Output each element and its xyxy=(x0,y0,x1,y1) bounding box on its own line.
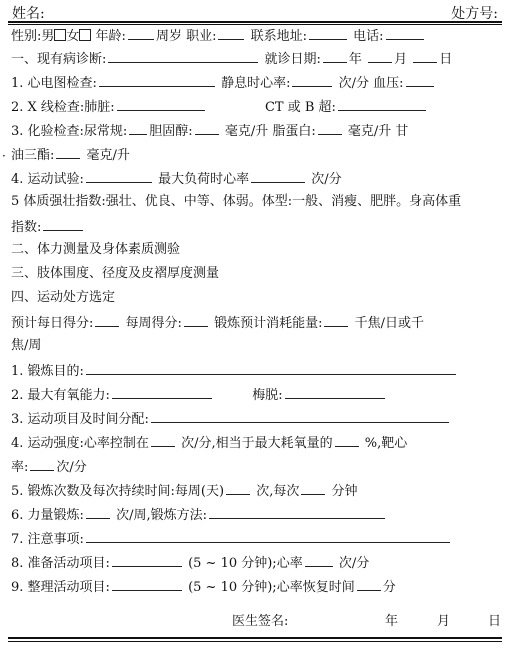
visit-date-label: 就诊日期: xyxy=(265,52,321,67)
day-label: 日 xyxy=(439,52,452,67)
daily-score-label: 预计每日得分: xyxy=(11,316,93,331)
bmi-field[interactable] xyxy=(43,217,83,231)
target-hr-label: 率: xyxy=(11,460,28,475)
vo2-label: 次/分,相当于最大耗氧量的 xyxy=(181,436,333,451)
aerobic-field[interactable] xyxy=(112,385,212,399)
target-label: %,靶心 xyxy=(365,436,408,451)
energy-field[interactable] xyxy=(324,313,348,327)
physique-row: 5 体质强壮指数:强壮、优良、中等、体弱。体型:一般、消瘦、肥胖。身高体重 xyxy=(11,193,461,211)
resting-hr-field[interactable] xyxy=(292,73,332,87)
max-hr-field[interactable] xyxy=(251,169,305,183)
method-field[interactable] xyxy=(209,505,385,519)
cholesterol-field[interactable] xyxy=(195,121,219,135)
recovery-field[interactable] xyxy=(357,577,381,591)
bmi-label: 指数: xyxy=(11,220,41,235)
duration-unit: 分钟 xyxy=(331,484,357,499)
section-4-title: 四、运动处方选定 xyxy=(11,290,115,305)
exercise-test-row: 4. 运动试验: 最大负荷时心率 次/分 xyxy=(11,169,342,187)
frequency-label: 5. 锻炼次数及每次持续时间:每周(天) xyxy=(11,484,224,499)
name-label: 姓名: xyxy=(12,3,45,23)
target-hr-unit: 次/分 xyxy=(56,460,86,475)
lab-row: 3. 化验检查:尿常规:胆固醇: 毫克/升 脂蛋白: 毫克/升 甘 xyxy=(11,121,408,139)
exercise-test-label: 4. 运动试验: xyxy=(11,172,84,187)
phone-field[interactable] xyxy=(386,26,424,40)
intensity-row: 4. 运动强度:心率控制在 次/分,相当于最大耗氧量的 %,靶心 xyxy=(11,433,407,451)
diagnosis-row: 一、现有病诊断: 就诊日期:年 月 日 xyxy=(11,49,452,67)
method-label: 次/周,锻炼方法: xyxy=(116,508,207,523)
intensity-label: 4. 运动强度:心率控制在 xyxy=(11,436,149,451)
section-3-title: 三、肢体围度、径度及皮褶厚度测量 xyxy=(11,266,219,281)
male-checkbox[interactable] xyxy=(54,29,66,41)
triglyceride-label: 油三酯: xyxy=(11,148,54,163)
recovery-label: (5 ~ 10 分钟);心率恢复时间 xyxy=(188,580,355,595)
signature-month-label: 月 xyxy=(437,610,450,629)
triglyceride-field[interactable] xyxy=(56,145,80,159)
notes-field[interactable] xyxy=(86,529,450,543)
lipoprotein-label: 毫克/升 脂蛋白: xyxy=(225,124,316,139)
occupation-field[interactable] xyxy=(218,26,244,40)
signature-year-label: 年 xyxy=(385,610,398,629)
cholesterol-label: 胆固醇: xyxy=(149,124,192,139)
triglyceride-row: 油三酯: 毫克/升 xyxy=(11,145,130,163)
warmup-field[interactable] xyxy=(112,553,182,567)
max-hr-label: 最大负荷时心率 xyxy=(158,172,249,187)
aerobic-row: 2. 最大有氧能力: 梅脱: xyxy=(11,385,387,403)
phone-label: 电话: xyxy=(353,29,383,44)
prescription-number-label: 处方号: xyxy=(451,3,498,23)
bmi-row: 指数: xyxy=(11,217,85,235)
address-label: 联系地址: xyxy=(251,29,307,44)
urine-field[interactable] xyxy=(129,121,147,135)
diagnosis-field[interactable] xyxy=(108,49,258,63)
weekly-score-field[interactable] xyxy=(184,313,208,327)
unit-label: 毫克/升 甘 xyxy=(348,124,409,139)
score-row: 预计每日得分: 每周得分: 锻炼预计消耗能量: 千焦/日或千 xyxy=(11,313,424,331)
diagnosis-label: 一、现有病诊断: xyxy=(11,52,106,67)
age-label: 年龄: xyxy=(96,29,126,44)
section-2-title: 二、体力测量及身体素质测验 xyxy=(11,242,180,257)
notes-row: 7. 注意事项: xyxy=(11,529,452,547)
ecg-field[interactable] xyxy=(99,73,215,87)
lipoprotein-field[interactable] xyxy=(318,121,342,135)
strength-row: 6. 力量锻炼: 次/周,锻炼方法: xyxy=(11,505,387,523)
warmup-row: 8. 准备活动项目: (5 ~ 10 分钟);心率 次/分 xyxy=(11,553,369,571)
warmup-hr-label: (5 ~ 10 分钟);心率 xyxy=(188,556,303,571)
xray-label: 2. X 线检查:肺脏: xyxy=(11,100,115,115)
resting-hr-label: 静息时心率: xyxy=(221,76,290,91)
notes-label: 7. 注意事项: xyxy=(11,532,84,547)
triglyceride-unit: 毫克/升 xyxy=(87,148,130,163)
aerobic-label: 2. 最大有氧能力: xyxy=(11,388,110,403)
ct-field[interactable] xyxy=(338,97,426,111)
bp-label: 次/分 血压: xyxy=(339,76,404,91)
female-checkbox[interactable] xyxy=(79,29,91,41)
bp-field[interactable] xyxy=(406,73,434,87)
energy-label: 锻炼预计消耗能量: xyxy=(214,316,322,331)
margin-mark: · xyxy=(2,149,6,163)
daily-score-field[interactable] xyxy=(95,313,119,327)
energy-unit: 千焦/日或千 xyxy=(355,316,424,331)
month-label: 月 xyxy=(394,52,407,67)
occupation-label: 周岁 职业: xyxy=(156,29,217,44)
header-divider xyxy=(8,21,502,25)
month-field[interactable] xyxy=(368,49,392,63)
weekly-score-label: 每周得分: xyxy=(126,316,182,331)
goal-field[interactable] xyxy=(86,361,456,375)
met-label: 梅脱: xyxy=(252,388,282,403)
intensity-hr-field[interactable] xyxy=(151,433,175,447)
cooldown-field[interactable] xyxy=(112,577,182,591)
cooldown-row: 9. 整理活动项目: (5 ~ 10 分钟);心率恢复时间分 xyxy=(11,577,396,595)
personal-info-row: 性别:男女 年龄:周岁 职业: 联系地址: 电话: xyxy=(11,26,426,44)
activity-field[interactable] xyxy=(151,409,449,423)
warmup-hr-unit: 次/分 xyxy=(339,556,369,571)
age-field[interactable] xyxy=(128,26,154,40)
xray-row: 2. X 线检查:肺脏: CT 或 B 超: xyxy=(11,97,428,115)
goal-row: 1. 锻炼目的: xyxy=(11,361,458,379)
footer-divider xyxy=(8,637,502,642)
max-hr-unit: 次/分 xyxy=(311,172,341,187)
form-header: 姓名: 处方号: xyxy=(8,3,502,23)
warmup-label: 8. 准备活动项目: xyxy=(11,556,110,571)
warmup-hr-field[interactable] xyxy=(305,553,333,567)
year-field[interactable] xyxy=(323,49,347,63)
energy-unit-row: 焦/周 xyxy=(11,337,41,355)
lung-field[interactable] xyxy=(117,97,205,111)
exercise-test-field[interactable] xyxy=(86,169,152,183)
doctor-signature-label: 医生签名: xyxy=(232,610,288,629)
ecg-label: 1. 心电图检查: xyxy=(11,76,97,91)
vo2-field[interactable] xyxy=(335,433,359,447)
ct-label: CT 或 B 超: xyxy=(265,100,336,115)
target-hr-field[interactable] xyxy=(30,457,54,471)
duration-label: 次,每次 xyxy=(256,484,299,499)
day-field[interactable] xyxy=(413,49,437,63)
lab-label: 3. 化验检查:尿常规: xyxy=(11,124,127,139)
section-3-heading: 三、肢体围度、径度及皮褶厚度测量 xyxy=(11,265,219,283)
cooldown-label: 9. 整理活动项目: xyxy=(11,580,110,595)
strength-label: 6. 力量锻炼: xyxy=(11,508,84,523)
ecg-row: 1. 心电图检查: 静息时心率: 次/分 血压: xyxy=(11,73,436,91)
activity-row: 3. 运动项目及时间分配: xyxy=(11,409,451,427)
section-4-heading: 四、运动处方选定 xyxy=(11,289,115,307)
signature-day-label: 日 xyxy=(488,610,501,629)
strength-field[interactable] xyxy=(86,505,110,519)
gender-label: 性别:男 xyxy=(11,29,54,44)
goal-label: 1. 锻炼目的: xyxy=(11,364,84,379)
frequency-field[interactable] xyxy=(226,481,250,495)
activity-label: 3. 运动项目及时间分配: xyxy=(11,412,149,427)
physique-text: 5 体质强壮指数:强壮、优良、中等、体弱。体型:一般、消瘦、肥胖。身高体重 xyxy=(11,194,461,209)
frequency-row: 5. 锻炼次数及每次持续时间:每周(天) 次,每次 分钟 xyxy=(11,481,358,499)
recovery-unit: 分 xyxy=(383,580,396,595)
met-field[interactable] xyxy=(285,385,385,399)
female-label: 女 xyxy=(66,29,79,44)
duration-field[interactable] xyxy=(301,481,325,495)
year-label: 年 xyxy=(349,52,362,67)
energy-unit-cont: 焦/周 xyxy=(11,338,41,353)
section-2-heading: 二、体力测量及身体素质测验 xyxy=(11,241,180,259)
target-hr-row: 率:次/分 xyxy=(11,457,87,475)
address-field[interactable] xyxy=(309,26,347,40)
